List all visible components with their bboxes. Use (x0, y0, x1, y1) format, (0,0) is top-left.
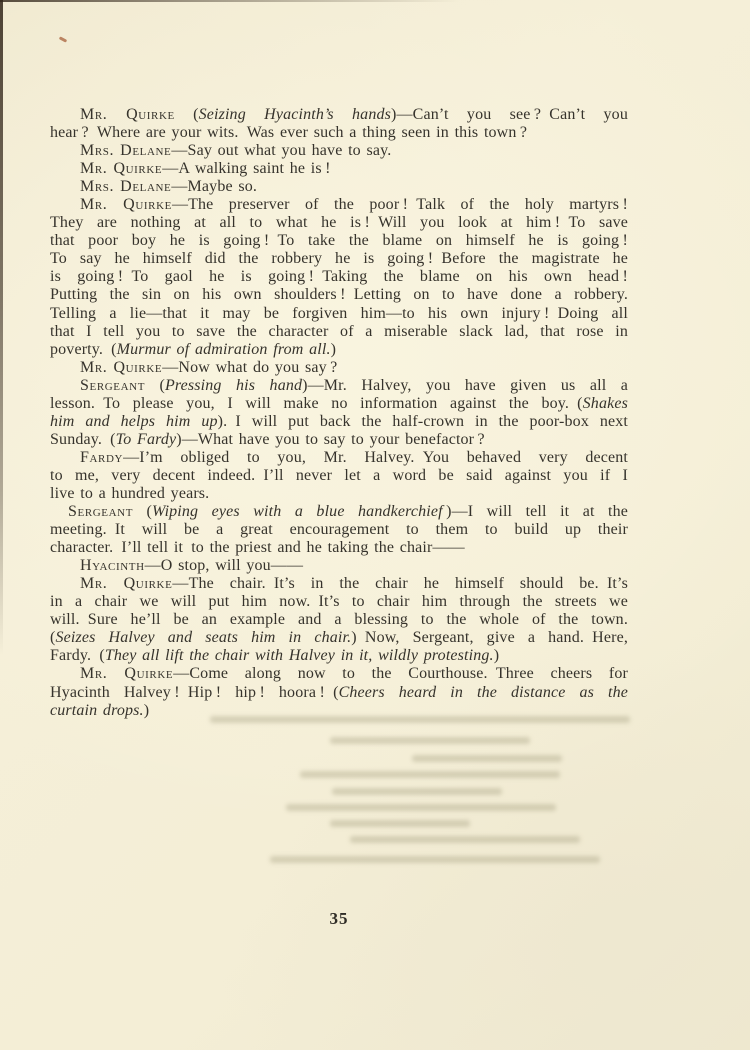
text-line: Hyacinth—O stop, will you—— (50, 557, 628, 575)
page-number: 35 (50, 909, 628, 929)
text-line: that I tell you to save the character of… (50, 323, 628, 341)
text-line: meeting. It will be a great encouragemen… (50, 521, 628, 539)
text-line: (Seizes Halvey and seats him in chair.) … (50, 629, 628, 647)
scan-edge-top (0, 0, 460, 2)
text-line: Hyacinth Halvey ! Hip ! hip ! hoora ! (C… (50, 684, 628, 702)
text-line: Mr. Quirke—Now what do you say ? (50, 359, 628, 377)
paragraph: Mrs. Delane—Say out what you have to say… (50, 142, 628, 160)
text-line: Mrs. Delane—Maybe so. (50, 178, 628, 196)
page-text: Mr. Quirke (Seizing Hyacinth’s hands)—Ca… (50, 106, 628, 720)
paragraph: Mr. Quirke—The preserver of the poor ! T… (50, 196, 628, 358)
text-line: lesson. To please you, I will make no in… (50, 395, 628, 413)
text-line: that poor boy he is going ! To take the … (50, 232, 628, 250)
text-line: To say he himself did the robbery he is … (50, 250, 628, 268)
text-line: curtain drops.) (50, 702, 628, 720)
text-line: Sergeant (Wiping eyes with a blue handke… (50, 503, 628, 521)
text-line: Putting the sin on his own shoulders ! L… (50, 286, 628, 304)
text-line: in a chair we will put him now. It’s to … (50, 593, 628, 611)
paper-speck (59, 36, 67, 42)
text-line: Telling a lie—that it may be forgiven hi… (50, 305, 628, 323)
text-line: will. Sure he’ll be an example and a ble… (50, 611, 628, 629)
text-line: Mr. Quirke—A walking saint he is ! (50, 160, 628, 178)
paragraph: Mr. Quirke—Come along now to the Courtho… (50, 665, 628, 719)
text-line: him and helps him up). I will put back t… (50, 413, 628, 431)
paragraph: Sergeant (Wiping eyes with a blue handke… (50, 503, 628, 557)
text-line: Sunday. (To Fardy)—What have you to say … (50, 431, 628, 449)
paragraph: Fardy—I’m obliged to you, Mr. Halvey. Yo… (50, 449, 628, 503)
text-line: Mr. Quirke—Come along now to the Courtho… (50, 665, 628, 683)
paragraph: Mr. Quirke—Now what do you say ? (50, 359, 628, 377)
text-line: They are nothing at all to what he is ! … (50, 214, 628, 232)
paragraph: Mr. Quirke (Seizing Hyacinth’s hands)—Ca… (50, 106, 628, 142)
text-line: Mr. Quirke (Seizing Hyacinth’s hands)—Ca… (50, 106, 628, 124)
text-line: is going ! To gaol he is going ! Taking … (50, 268, 628, 286)
text-line: Mr. Quirke—The chair. It’s in the chair … (50, 575, 628, 593)
text-line: live to a hundred years. (50, 485, 628, 503)
text-line: Fardy. (They all lift the chair with Hal… (50, 647, 628, 665)
paragraph: Mr. Quirke—A walking saint he is ! (50, 160, 628, 178)
text-line: Sergeant (Pressing his hand)—Mr. Halvey,… (50, 377, 628, 395)
text-line: hear ? Where are your wits. Was ever suc… (50, 124, 628, 142)
text-line: to me, very decent indeed. I’ll never le… (50, 467, 628, 485)
text-line: Mr. Quirke—The preserver of the poor ! T… (50, 196, 628, 214)
book-page: Mr. Quirke (Seizing Hyacinth’s hands)—Ca… (0, 0, 750, 1050)
paragraph: Mr. Quirke—The chair. It’s in the chair … (50, 575, 628, 665)
text-line: Mrs. Delane—Say out what you have to say… (50, 142, 628, 160)
paragraph: Sergeant (Pressing his hand)—Mr. Halvey,… (50, 377, 628, 449)
text-line: poverty. (Murmur of admiration from all.… (50, 341, 628, 359)
text-line: Fardy—I’m obliged to you, Mr. Halvey. Yo… (50, 449, 628, 467)
paragraph: Mrs. Delane—Maybe so. (50, 178, 628, 196)
scan-edge-left (0, 0, 3, 655)
text-line: character. I’ll tell it to the priest an… (50, 539, 628, 557)
paragraph: Hyacinth—O stop, will you—— (50, 557, 628, 575)
